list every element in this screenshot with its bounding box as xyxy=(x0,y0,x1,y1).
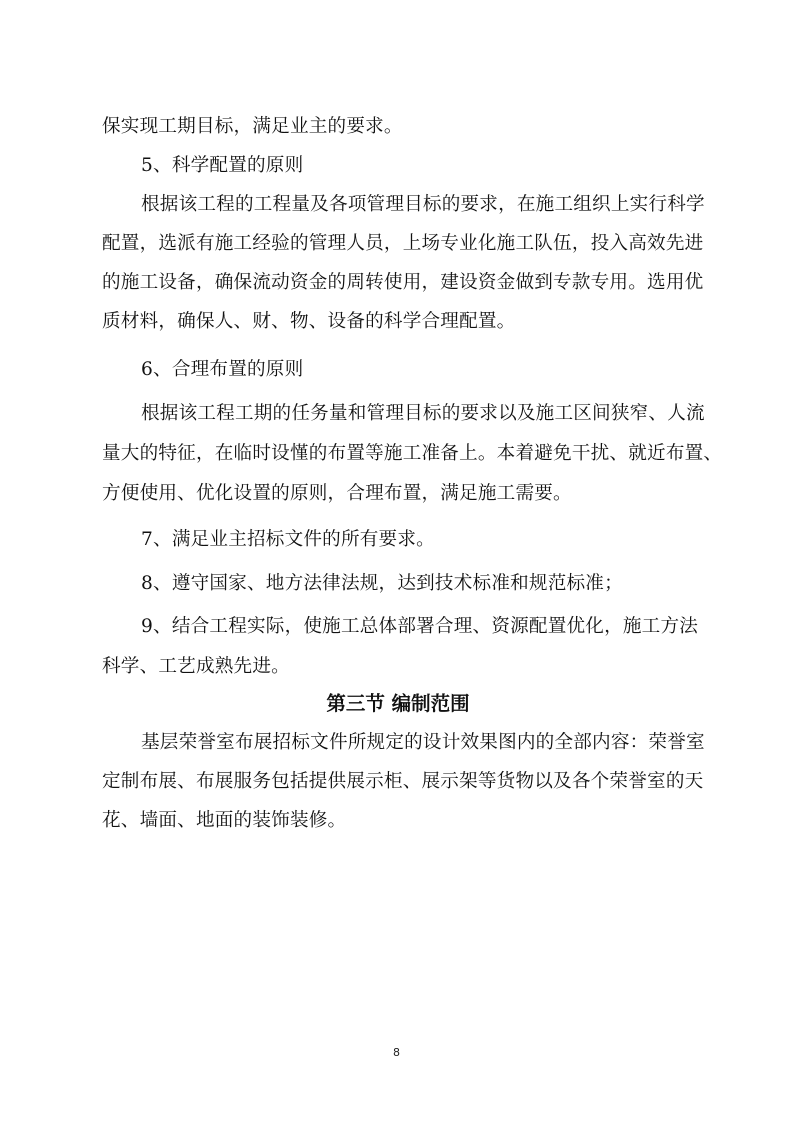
principle-6-body-line-3: 方便使用、优化设置的原则，合理布置，满足施工需要。 xyxy=(102,482,572,506)
principle-6-body-line-1: 根据该工程工期的任务量和管理目标的要求以及施工区间狭窄、人流 xyxy=(141,402,694,426)
scope-body-line-2: 定制布展、布展服务包括提供展示柜、展示架等货物以及各个荣誉室的天 xyxy=(102,770,694,794)
principle-5-heading: 5、科学配置的原则 xyxy=(141,154,303,178)
principle-7-item: 7、满足业主招标文件的所有要求。 xyxy=(141,528,435,552)
principle-5-body-line-2: 配置，选派有施工经验的管理人员，上场专业化施工队伍，投入高效先进 xyxy=(102,232,694,256)
principle-5-body-line-3: 的施工设备，确保流动资金的周转使用，建设资金做到专款专用。选用优 xyxy=(102,271,694,295)
principle-6-body-line-2: 量大的特征，在临时设慬的布置等施工准备上。本着避免干扰、就近布置、 xyxy=(102,442,694,466)
principle-5-body-line-1: 根据该工程的工程量及各项管理目标的要求，在施工组织上实行科学 xyxy=(141,193,694,217)
principle-6-heading: 6、合理布置的原则 xyxy=(141,358,303,382)
principle-9-item-line-2: 科学、工艺成熟先进。 xyxy=(102,655,290,679)
principle-5-body-line-4: 质材料，确保人、财、物、设备的科学合理配置。 xyxy=(102,310,515,334)
paragraph-continuation: 保实现工期目标，满足业主的要求。 xyxy=(102,115,403,139)
scope-body-line-3: 花、墙面、地面的装饰装修。 xyxy=(102,809,346,833)
section-heading: 第三节 编制范围 xyxy=(102,692,694,716)
principle-8-item: 8、遵守国家、地方法律法规，达到技术标准和规范标准； xyxy=(141,572,623,596)
page-number: 8 xyxy=(0,1046,793,1059)
principle-9-item-line-1: 9、结合工程实际，使施工总体部署合理、资源配置优化，施工方法 xyxy=(141,615,694,639)
scope-body-line-1: 基层荣誉室布展招标文件所规定的设计效果图内的全部内容：荣誉室 xyxy=(141,731,694,755)
